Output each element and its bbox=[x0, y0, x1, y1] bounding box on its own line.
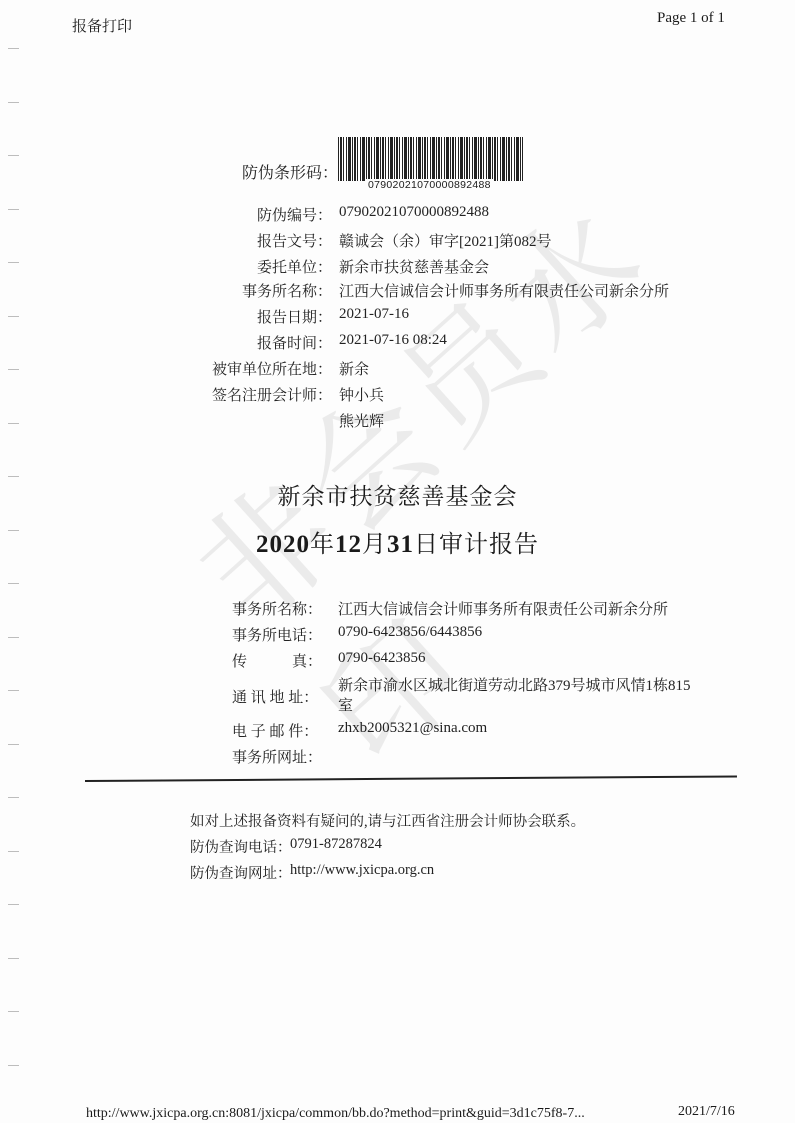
field-label: 防伪编号： bbox=[120, 204, 332, 225]
title-month-unit: 月 bbox=[362, 532, 387, 558]
title-day-unit: 日 bbox=[414, 532, 439, 558]
field-label: 报备时间： bbox=[120, 332, 332, 353]
barcode-number: 07902021070000892488 bbox=[366, 179, 493, 191]
footer-url[interactable]: http://www.jxicpa.org.cn:8081/jxicpa/com… bbox=[86, 1106, 585, 1122]
field-label: 传 真： bbox=[232, 650, 322, 671]
field-label: 通 讯 地 址： bbox=[232, 686, 318, 707]
field-label: 事务所网址： bbox=[232, 746, 322, 767]
field-label: 电 子 邮 件： bbox=[232, 720, 318, 741]
anti-fake-phone-label: 防伪查询电话： bbox=[190, 836, 292, 857]
anti-fake-url[interactable]: http://www.jxicpa.org.cn bbox=[290, 862, 434, 879]
report-date: 2021-07-16 bbox=[339, 306, 409, 323]
title-year-unit: 年 bbox=[310, 532, 335, 558]
field-label: 事务所电话： bbox=[232, 624, 322, 645]
firm-email: zhxb2005321@sina.com bbox=[338, 720, 487, 737]
firm-address: 新余市渝水区城北街道劳动北路379号城市风情1栋815 bbox=[338, 674, 691, 695]
firm-name: 江西大信诚信会计师事务所有限责任公司新余分所 bbox=[338, 598, 668, 619]
anti-fake-phone: 0791-87287824 bbox=[290, 836, 382, 853]
signing-cpa-2: 熊光辉 bbox=[339, 410, 384, 431]
audited-location: 新余 bbox=[339, 358, 369, 379]
anti-fake-url-label: 防伪查询网址： bbox=[190, 862, 292, 883]
field-label: 报告日期： bbox=[120, 306, 332, 327]
field-label: 事务所名称： bbox=[232, 598, 322, 619]
filing-time: 2021-07-16 08:24 bbox=[339, 332, 447, 349]
firm-address-cont: 室 bbox=[338, 694, 353, 715]
barcode-label: 防伪条形码： bbox=[180, 160, 338, 183]
notice-text: 如对上述报备资料有疑问的,请与江西省注册会计师协会联系。 bbox=[190, 810, 585, 831]
title-day: 31 bbox=[387, 531, 414, 558]
report-number: 赣诚会（余）审字[2021]第082号 bbox=[339, 230, 552, 251]
report-title-org: 新余市扶贫慈善基金会 bbox=[0, 478, 795, 511]
field-label: 被审单位所在地： bbox=[120, 358, 332, 379]
barcode-image bbox=[338, 137, 523, 181]
signing-cpa-1: 钟小兵 bbox=[339, 384, 384, 405]
field-label: 委托单位： bbox=[120, 256, 332, 277]
firm-fax: 0790-6423856 bbox=[338, 650, 426, 667]
print-header-title: 报备打印 bbox=[72, 15, 132, 36]
field-label: 报告文号： bbox=[120, 230, 332, 251]
title-month: 12 bbox=[335, 531, 362, 558]
firm-phone: 0790-6423856/6443856 bbox=[338, 624, 482, 641]
client-unit: 新余市扶贫慈善基金会 bbox=[339, 256, 489, 277]
field-label: 事务所名称： bbox=[120, 280, 332, 301]
title-year: 2020 bbox=[256, 531, 310, 558]
page-indicator: Page 1 of 1 bbox=[657, 10, 725, 27]
title-suffix: 审计报告 bbox=[439, 532, 539, 558]
firm-name: 江西大信诚信会计师事务所有限责任公司新余分所 bbox=[339, 280, 669, 301]
anti-fake-number: 07902021070000892488 bbox=[339, 204, 489, 221]
field-label: 签名注册会计师： bbox=[120, 384, 332, 405]
divider bbox=[85, 775, 737, 782]
report-title: 2020年12月31日审计报告 bbox=[0, 524, 795, 559]
footer-date: 2021/7/16 bbox=[678, 1104, 735, 1120]
